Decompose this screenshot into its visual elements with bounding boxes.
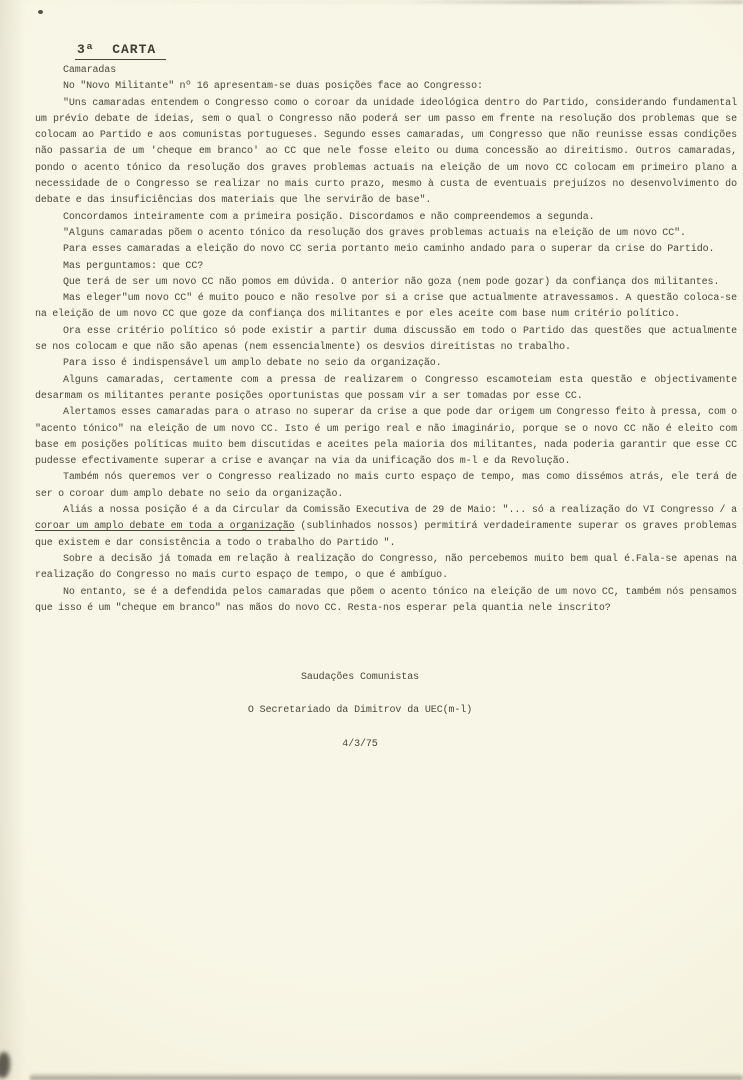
letter-body: Camaradas No "Novo Militante" nº 16 apre…: [35, 63, 737, 617]
quote-pre: Aliás a nossa posição é a da Circular da…: [63, 505, 737, 516]
salutation: Camaradas: [35, 63, 737, 79]
paragraph-2: "Uns camaradas entendem o Congresso como…: [35, 96, 737, 210]
paragraph-11: Alguns camaradas, certamente com a press…: [35, 373, 737, 406]
scan-edge-bottom: [30, 1073, 743, 1080]
paragraph-10: Para isso é indispensável um amplo debat…: [35, 356, 737, 372]
closing-salute: Saudações Comunistas: [0, 670, 720, 686]
quote-underlined-phrase: coroar um amplo debate em toda a organiz…: [35, 521, 295, 532]
ink-dot: [38, 10, 43, 14]
scan-edge-top: [0, 0, 743, 4]
scanned-letter-page: 3ª CARTA Camaradas No "Novo Militante" n…: [0, 0, 743, 1080]
closing-signature: O Secretariado da Dimitrov da UEC(m-l): [0, 703, 720, 719]
paragraph-9: Ora esse critério político só pode exist…: [35, 324, 737, 357]
letter-heading: 3ª CARTA: [75, 42, 166, 60]
paragraph-1: No "Novo Militante" nº 16 apresentam-se …: [35, 79, 737, 95]
paper-left-shading: [0, 0, 26, 1080]
paragraph-14-quote: Aliás a nossa posição é a da Circular da…: [35, 503, 737, 552]
letter-closing: Saudações Comunistas O Secretariado da D…: [0, 670, 720, 753]
paragraph-15: Sobre a decisão já tomada em relação à r…: [35, 552, 737, 585]
paragraph-16: No entanto, se é a defendida pelos camar…: [35, 585, 737, 618]
paragraph-5: Para esses camaradas a eleição do novo C…: [35, 242, 737, 258]
closing-date: 4/3/75: [0, 737, 720, 753]
paragraph-4: "Alguns camaradas põem o acento tónico d…: [35, 226, 737, 242]
paragraph-8: Mas eleger"um novo CC" é muito pouco e n…: [35, 291, 737, 324]
paragraph-7: Que terá de ser um novo CC não pomos em …: [35, 275, 737, 291]
paragraph-12: Alertamos esses camaradas para o atraso …: [35, 405, 737, 470]
paragraph-13: Também nós queremos ver o Congresso real…: [35, 470, 737, 503]
paragraph-6: Mas perguntamos: que CC?: [35, 259, 737, 275]
paragraph-3: Concordamos inteiramente com a primeira …: [35, 210, 737, 226]
